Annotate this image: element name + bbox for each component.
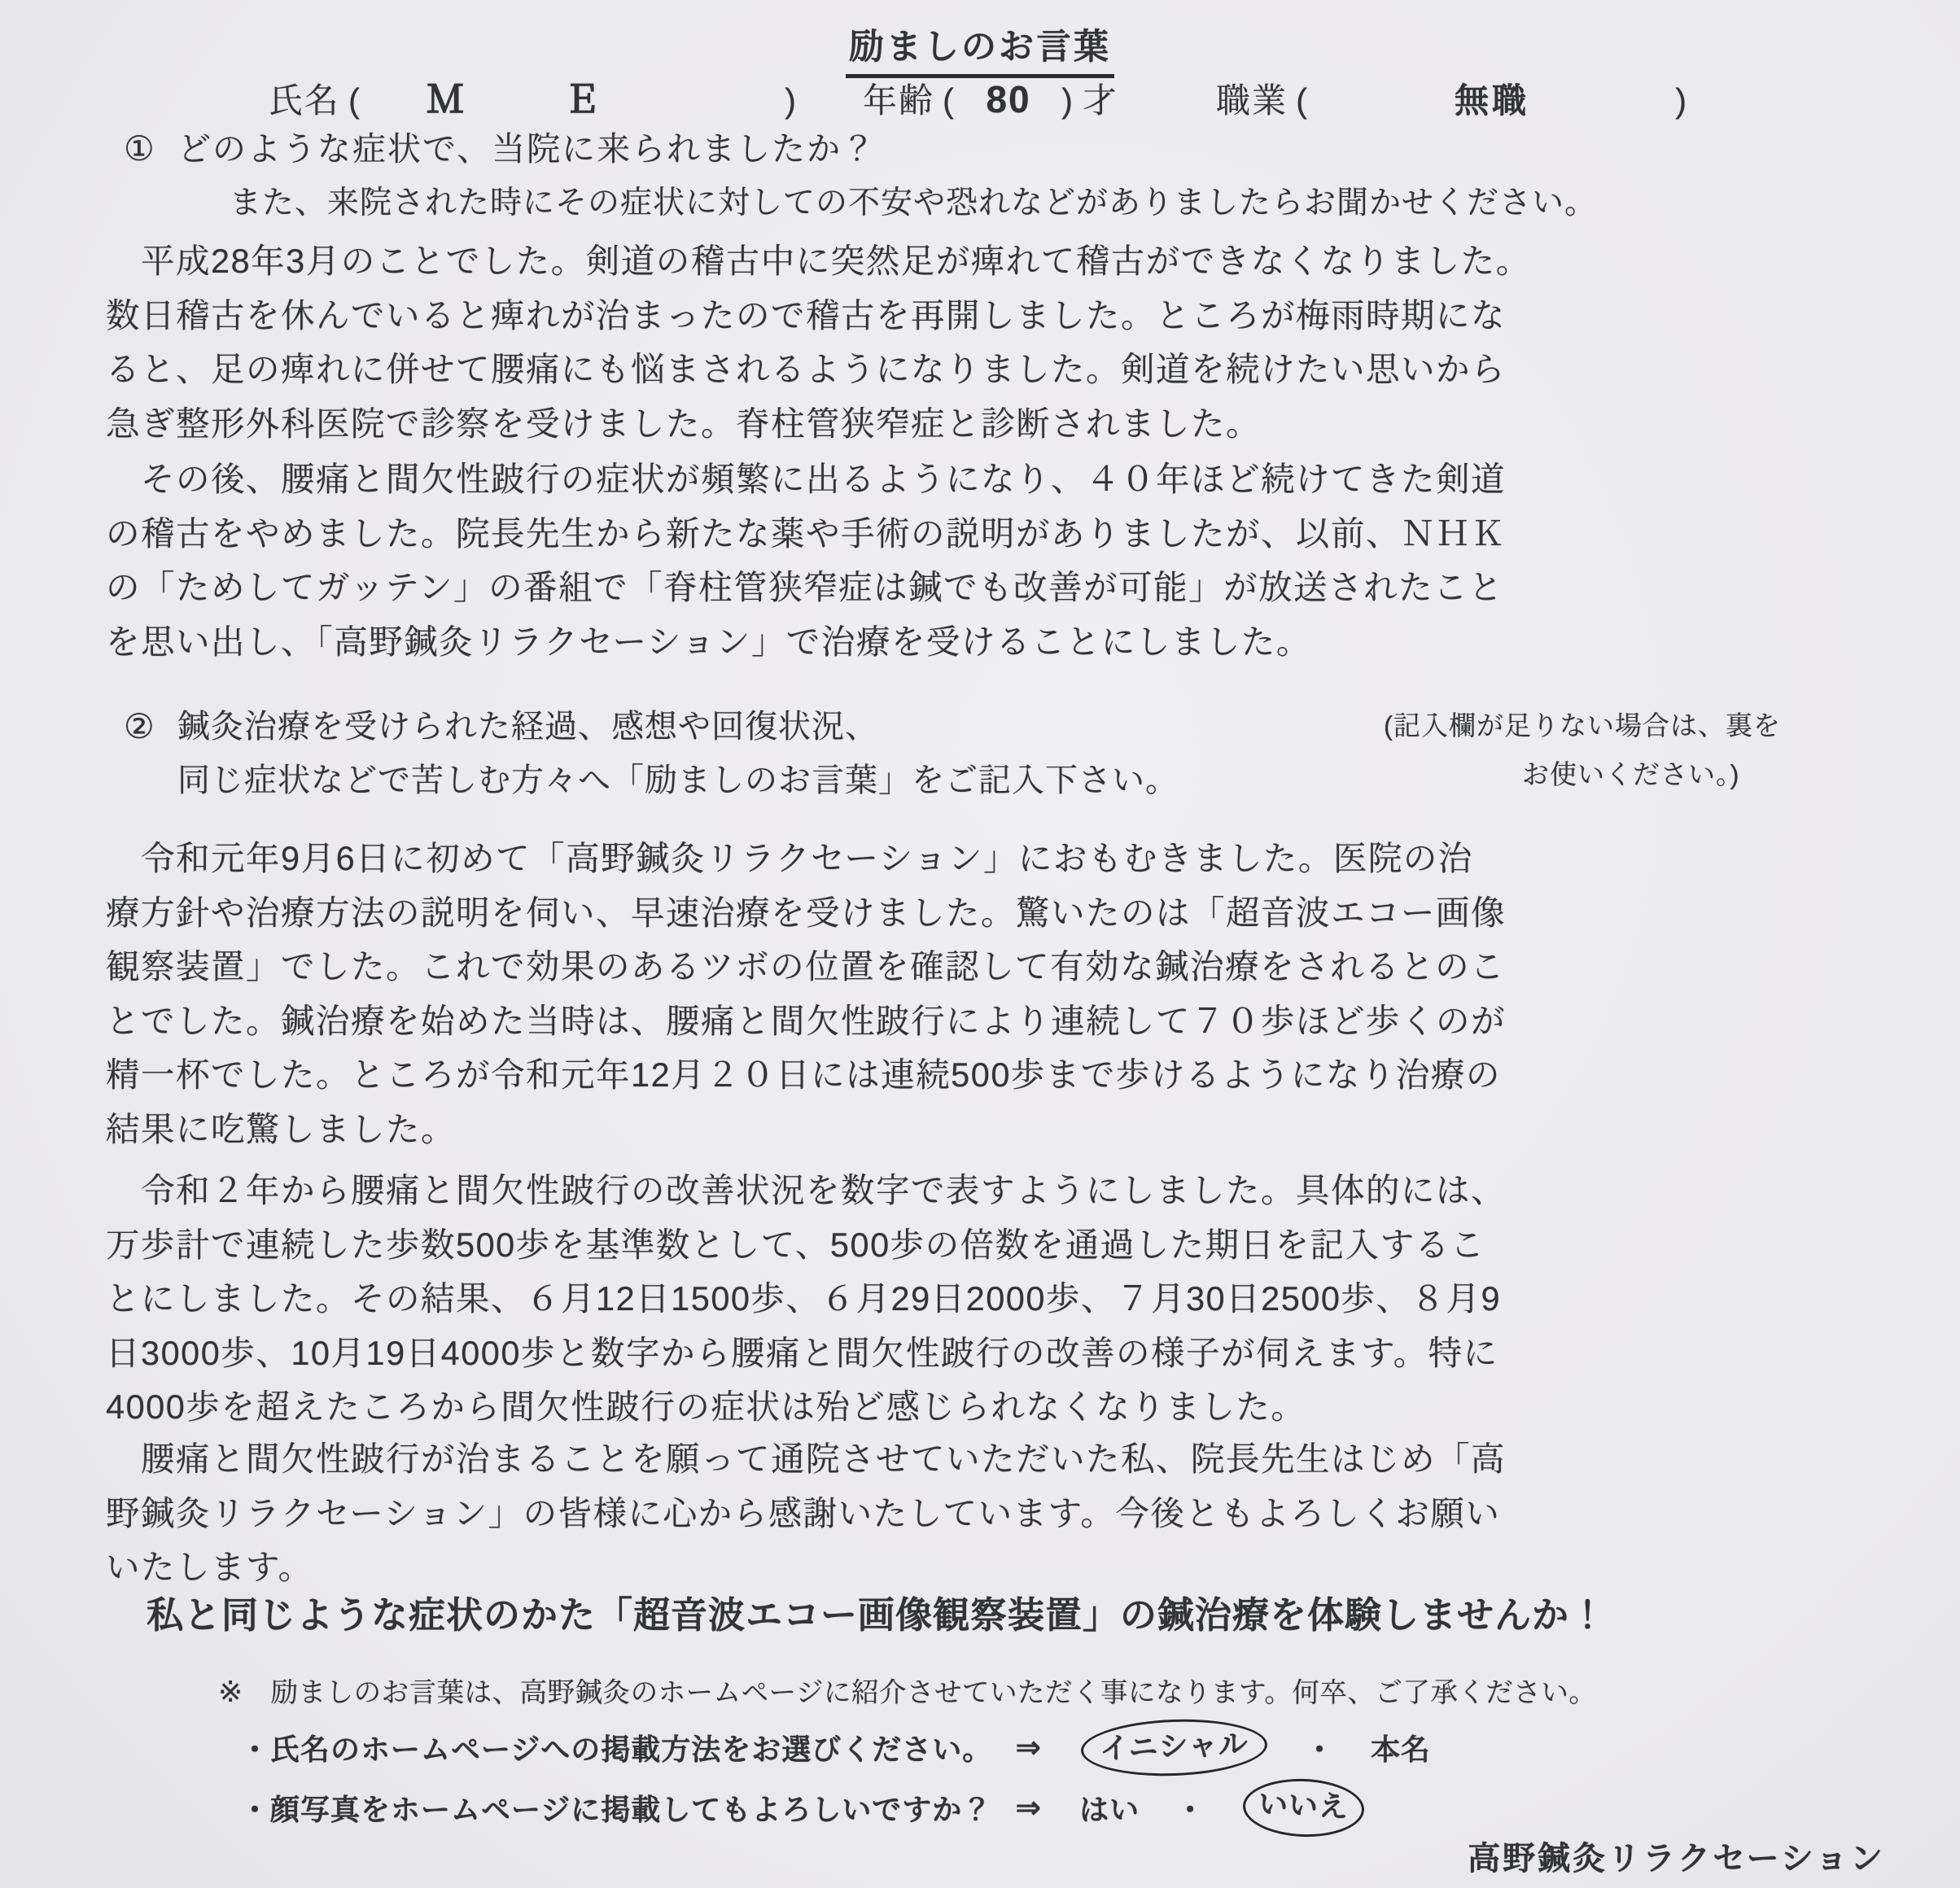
footnote: ※励ましのお言葉は、高野鍼灸のホームページに紹介させていただく事になります。何卒… [218,1670,1911,1710]
answer-2-paragraph-1: 令和元年9月6日に初めて「高野鍼灸リラクセーション」におもむきました。医院の治 … [106,832,1895,1156]
option-1-separator: ・ [1305,1727,1335,1768]
occupation-value: 無職 [1317,74,1667,123]
option-photo-publication: ・顔写真をホームページに掲載してもよろしいですか？ ⇒ はい ・ いいえ [240,1787,1366,1829]
age-label: 年齢 [863,74,934,123]
question-2-line-1: 鍼灸治療を受けられた経過、感想や回復状況、 [177,709,878,745]
option-1-arrow-icon: ⇒ [1015,1729,1042,1766]
occupation-label: 職業 [1216,74,1288,123]
age-paren-close: ) [1053,81,1083,120]
option-1-selected-circle: イニシャル [1080,1716,1268,1779]
occupation-paren-open: ( [1288,81,1317,120]
option-1-choice-realname: 本名 [1371,1727,1431,1768]
name-paren-open: ( [340,81,370,120]
occupation-paren-close: ) [1667,81,1696,120]
option-2-label: ・顔写真をホームページに掲載してもよろしいですか？ [240,1787,992,1829]
cta-line: 私と同じような症状のかた「超音波エコー画像観察装置」の鍼治療を体験しませんか！ [147,1585,1903,1638]
answer-2-paragraph-3: 腰痛と間欠性跛行が治まることを願って通院させていただいた私、院長先生はじめ「高 … [106,1432,1895,1595]
option-name-publication: ・氏名のホームページへの掲載方法をお選びください。 ⇒ イニシャル ・ 本名 [240,1727,1431,1768]
option-2-choice-yes: はい [1079,1787,1140,1829]
option-2-arrow-icon: ⇒ [1015,1790,1042,1826]
name-value: Ｍ Ｅ [370,70,777,124]
name-paren-close: ) [777,81,806,120]
age-paren-open: ( [934,81,964,120]
option-2-selected-circle: いいえ [1242,1777,1365,1838]
question-1-number: ① [124,129,177,168]
option-1-choice-initial: イニシャル [1099,1727,1249,1765]
age-unit: 才 [1083,74,1118,123]
answer-2-paragraph-2: 令和２年から腰痛と間欠性跛行の改善状況を数字で表すようにしました。具体的には、 … [106,1164,1895,1435]
scanned-questionnaire-page: 励ましのお言葉 氏名 ( Ｍ Ｅ ) 年齢 ( 80 ) 才 職業 ( 無職 )… [0,0,1960,1888]
option-2-choice-no: いいえ [1258,1787,1350,1824]
clinic-signature: 高野鍼灸リラクセーション [1468,1833,1885,1879]
age-value: 80 [964,77,1053,121]
question-1: ①どのような症状で、当院に来られましたか？ [124,122,877,170]
question-1-line-1: どのような症状で、当院に来られましたか？ [177,130,877,168]
option-2-separator: ・ [1175,1787,1205,1829]
footnote-text: 励ましのお言葉は、高野鍼灸のホームページに紹介させていただく事になります。何卒、… [271,1678,1597,1708]
question-2-number: ② [124,700,177,754]
name-label: 氏名 [269,74,340,123]
margin-note: (記入欄が足りない場合は、裏を お使いください。) [1384,701,1840,799]
answer-1-paragraph-1: 平成28年3月のことでした。剣道の稽古中に突然足が痺れて稽古ができなくなりました… [106,234,1895,451]
answer-1-paragraph-2: その後、腰痛と間欠性跛行の症状が頻繁に出るようになり、４０年ほど続けてきた剣道 … [106,452,1895,669]
option-1-label: ・氏名のホームページへの掲載方法をお選びください。 [240,1727,992,1768]
question-2: ②鍼灸治療を受けられた経過、感想や回復状況、 同じ症状などで苦しむ方々へ「励まし… [124,700,1179,807]
question-1-line-2: また、来院された時にその症状に対しての不安や恐れなどがありましたらお聞かせくださ… [230,177,1597,223]
footnote-mark: ※ [218,1675,243,1708]
header-row: 氏名 ( Ｍ Ｅ ) 年齢 ( 80 ) 才 職業 ( 無職 ) [269,70,1911,124]
question-2-line-2: 同じ症状などで苦しむ方々へ「励ましのお言葉」をご記入下さい。 [177,763,1179,798]
